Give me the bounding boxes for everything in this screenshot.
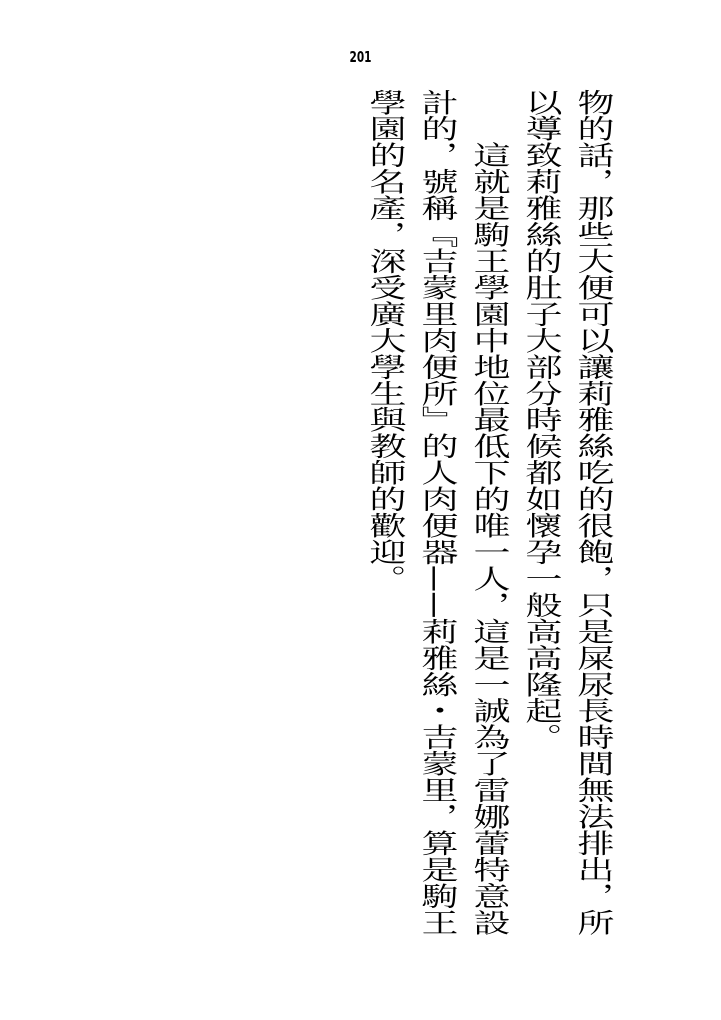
text-column-5: 學園的名產，深受廣大學生與教師的歡迎。 (358, 89, 410, 940)
text-column-3: 這就是駒王學園中地位最低下的唯一人，這是一誠為了雷娜蕾特意設 (462, 89, 514, 940)
page-number: 201 (108, 50, 613, 65)
book-page: 201 物的話，那些大便可以讓莉雅絲吃的很飽，只是屎尿長時間無法排出，所 以導致… (0, 0, 721, 1020)
text-column-4: 計的，號稱『吉蒙里肉便所』的人肉便器——莉雅絲・吉蒙里，算是駒王 (410, 89, 462, 940)
body-text: 物的話，那些大便可以讓莉雅絲吃的很飽，只是屎尿長時間無法排出，所 以導致莉雅絲的… (358, 89, 618, 940)
text-column-1: 物的話，那些大便可以讓莉雅絲吃的很飽，只是屎尿長時間無法排出，所 (566, 89, 618, 940)
text-column-2: 以導致莉雅絲的肚子大部分時候都如懷孕一般高高隆起。 (514, 89, 566, 940)
